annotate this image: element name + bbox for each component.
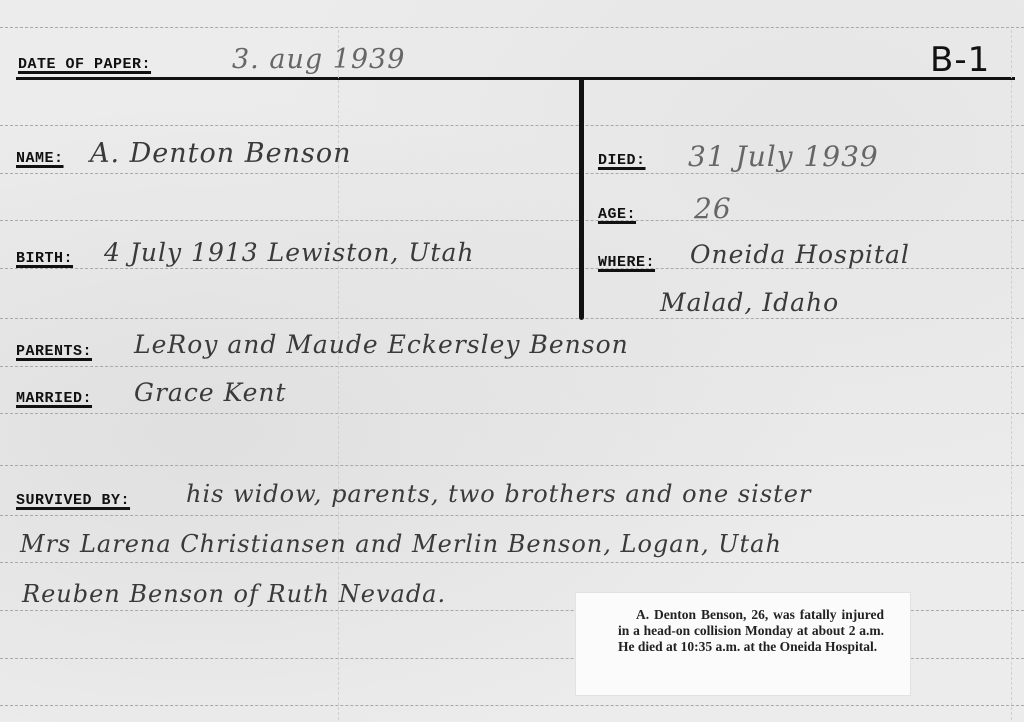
died-label: DIED:: [598, 152, 646, 169]
where-value-line2: Malad, Idaho: [660, 288, 839, 317]
survived-by-line2: Mrs Larena Christiansen and Merlin Benso…: [20, 530, 782, 558]
name-value: A. Denton Benson: [90, 138, 351, 169]
ruled-line: [0, 705, 1024, 706]
birth-label: BIRTH:: [16, 250, 73, 267]
newspaper-clipping: A. Denton Benson, 26, was fatally injure…: [576, 593, 910, 695]
parents-value: LeRoy and Maude Eckersley Benson: [134, 330, 629, 359]
margin-line: [1011, 30, 1012, 720]
survived-by-line1: his widow, parents, two brothers and one…: [186, 480, 811, 508]
card-id: B-1: [930, 40, 990, 80]
ruled-line: [0, 220, 1024, 221]
margin-line: [338, 30, 339, 720]
age-value: 26: [694, 192, 732, 225]
where-value-line1: Oneida Hospital: [690, 240, 910, 269]
ruled-line: [0, 465, 1024, 466]
married-value: Grace Kent: [134, 378, 287, 407]
ruled-line: [0, 27, 1024, 28]
date-of-paper-value: 3. aug 1939: [232, 44, 405, 75]
name-label: NAME:: [16, 150, 64, 167]
married-label: MARRIED:: [16, 390, 92, 407]
age-label: AGE:: [598, 206, 636, 223]
parents-label: PARENTS:: [16, 343, 92, 360]
ruled-line: [0, 125, 1024, 126]
ruled-line: [0, 562, 1024, 563]
column-divider: [579, 78, 584, 320]
died-value: 31 July 1939: [688, 140, 879, 173]
survived-by-line3: Reuben Benson of Ruth Nevada.: [22, 580, 446, 608]
ruled-line: [0, 515, 1024, 516]
ruled-line: [0, 318, 1024, 319]
obituary-card: B-1 DATE OF PAPER: 3. aug 1939 NAME: A. …: [0, 0, 1024, 722]
ruled-line: [0, 413, 1024, 414]
survived-by-label: SURVIVED BY:: [16, 492, 130, 509]
ruled-line: [0, 173, 1024, 174]
birth-value: 4 July 1913 Lewiston, Utah: [104, 238, 474, 267]
ruled-line: [0, 366, 1024, 367]
clipping-text: A. Denton Benson, 26, was fatally injure…: [618, 607, 884, 655]
date-of-paper-label: DATE OF PAPER:: [18, 56, 151, 73]
header-divider: [16, 77, 1015, 80]
where-label: WHERE:: [598, 254, 655, 271]
